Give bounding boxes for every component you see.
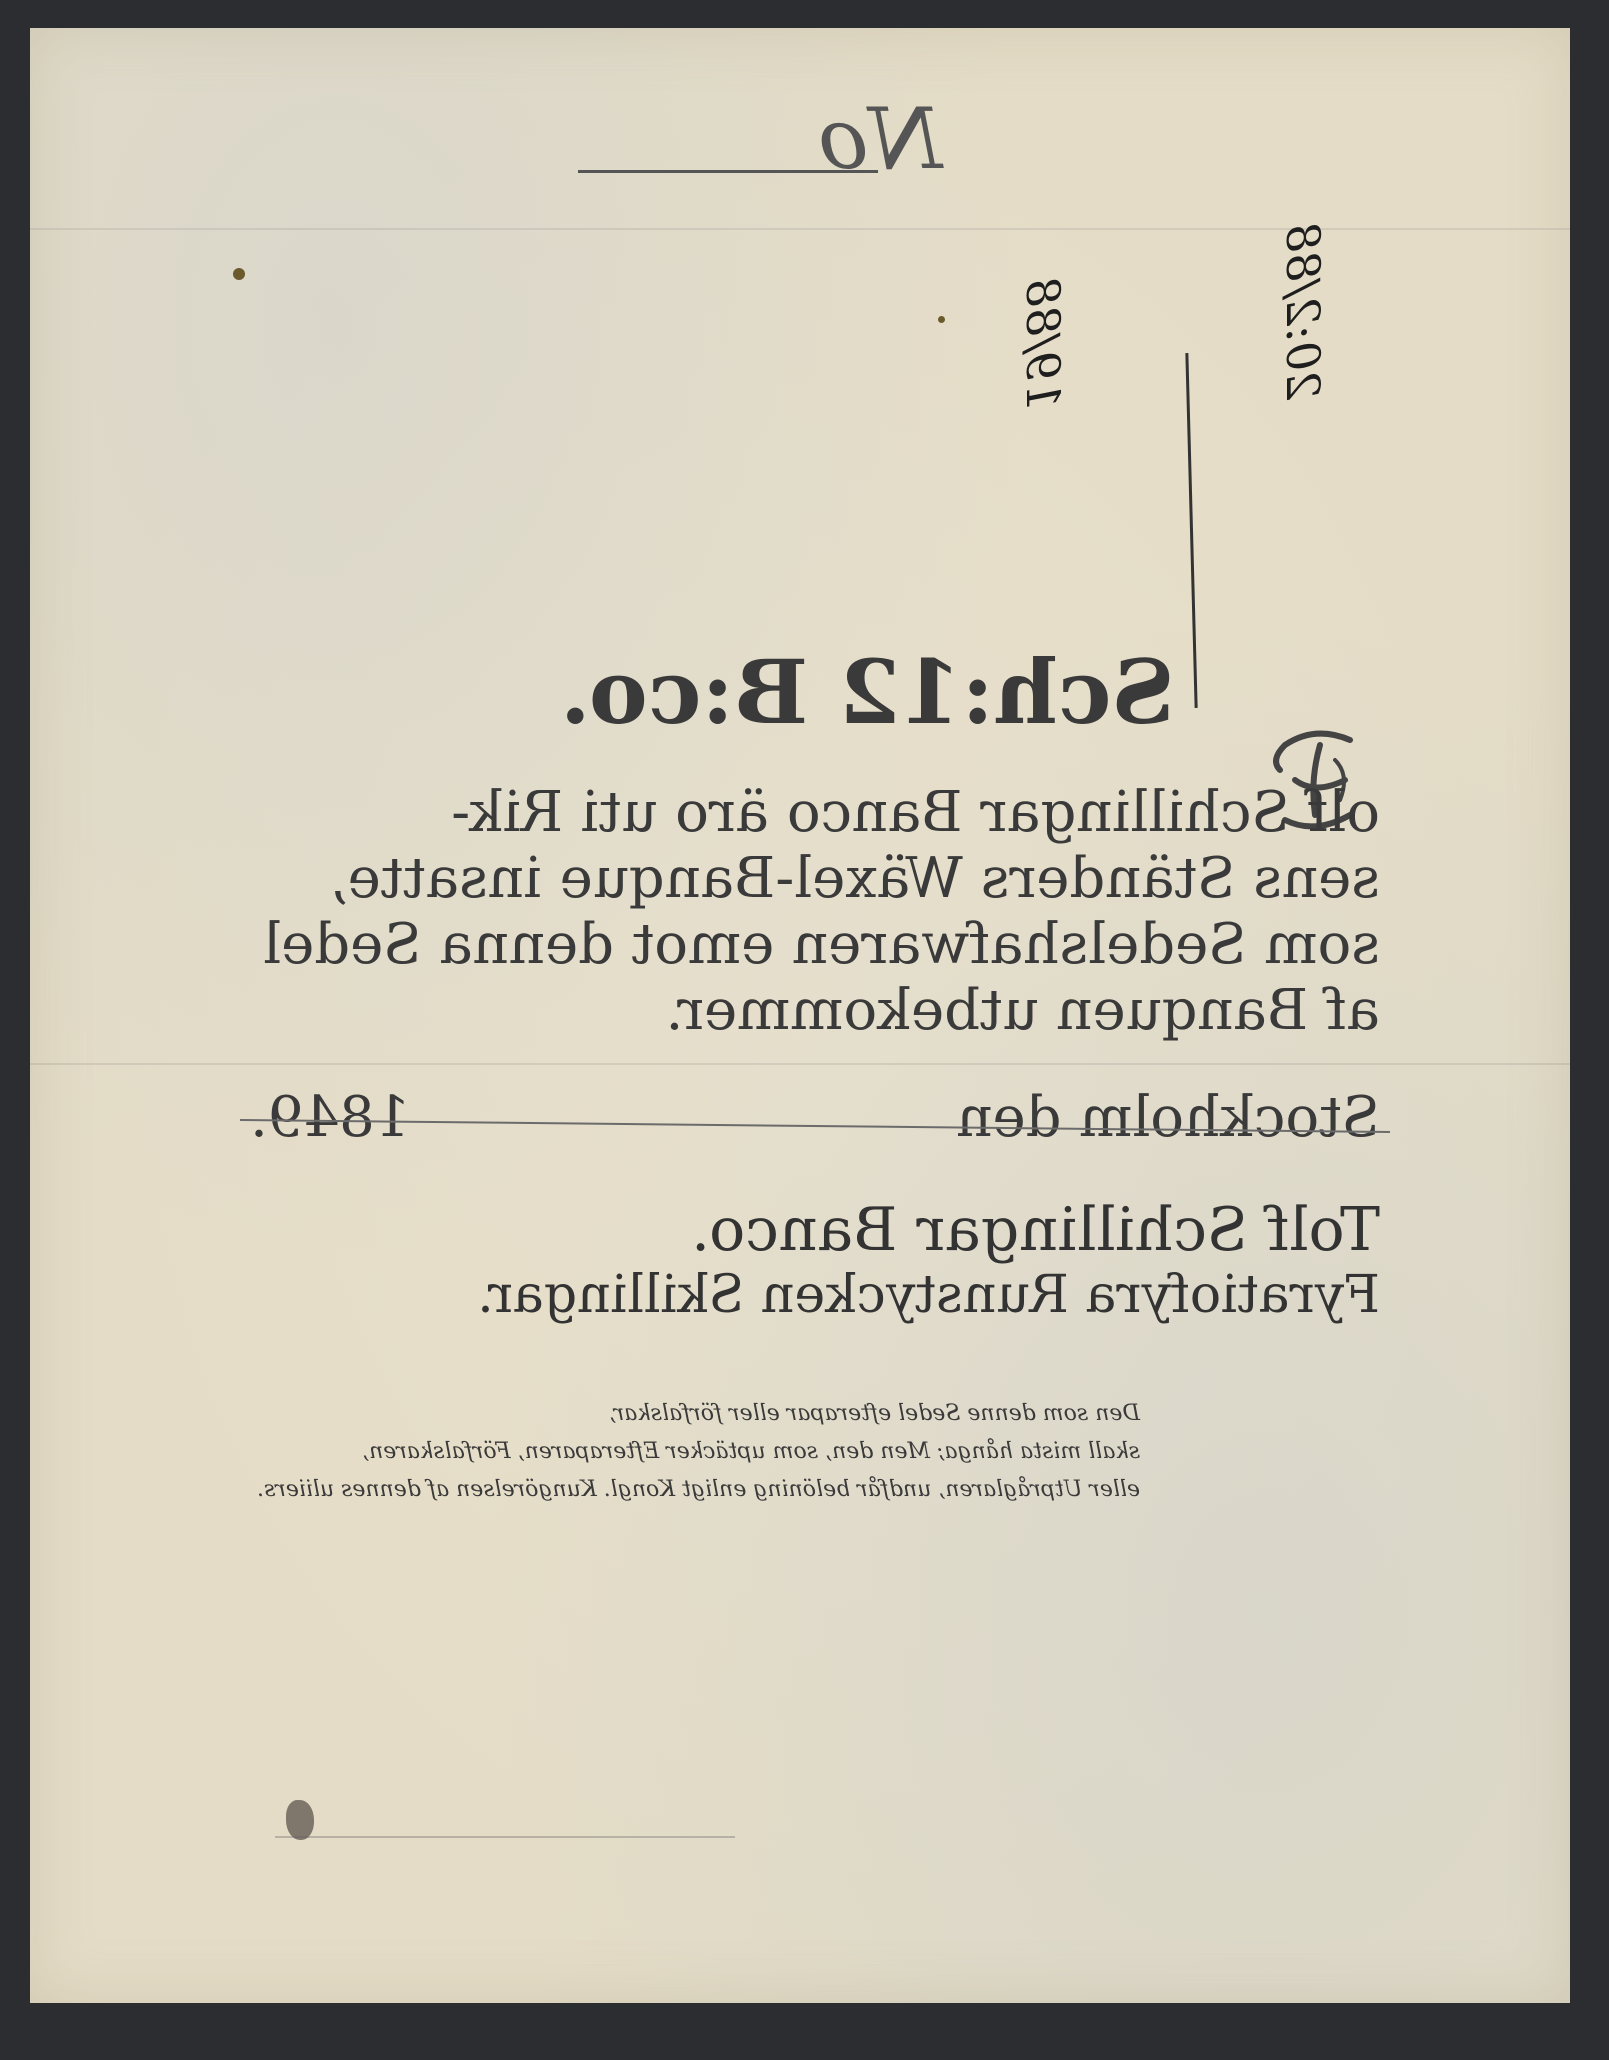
amount-in-words: Tolf Schillingar Banco. Fyratiofyra Runs… <box>410 1195 1380 1327</box>
body-line: sens Ständers Wäxel-Banque insatte, <box>250 846 1380 912</box>
body-text: olf Schillingar Banco äro uti Rik- sens … <box>250 780 1380 1044</box>
handwritten-right-text: 20:2/88 <box>1276 223 1330 400</box>
denomination: Sch:12 B:co. <box>560 640 1175 744</box>
number-underline <box>578 170 878 173</box>
fine-print-line: skall mista hånga; Men den, som uptäcker… <box>220 1433 1140 1471</box>
number-mark: No <box>818 90 942 188</box>
amount-line-1: Tolf Schillingar Banco. <box>410 1195 1380 1265</box>
paper-spot <box>233 268 245 280</box>
amount-line-2: Fyratiofyra Runstycken Skillingar. <box>410 1265 1380 1325</box>
year-text: 1849. <box>250 1085 410 1150</box>
faint-baseline <box>275 1836 735 1838</box>
number-mark-text: No <box>818 90 942 188</box>
denomination-text: Sch:12 B:co. <box>560 640 1175 744</box>
paper-spot <box>938 316 945 323</box>
handwritten-number-right: 20:2/88 <box>1276 223 1330 400</box>
place-text: Stockholm den <box>956 1085 1380 1150</box>
fold-line <box>30 228 1570 230</box>
handwritten-number-left: 19/88 <box>1016 277 1070 410</box>
body-line: af Banquen utbekommer. <box>250 978 1380 1044</box>
fold-line <box>30 1063 1570 1065</box>
body-line: som Sedelshafwaren emot denna Sedel <box>250 912 1380 978</box>
fine-print: Den som denne Sedel efterapar eller förf… <box>220 1395 1140 1509</box>
handwritten-left-text: 19/88 <box>1016 277 1070 410</box>
body-line: olf Schillingar Banco äro uti Rik- <box>250 780 1380 846</box>
fine-print-line: Den som denne Sedel efterapar eller förf… <box>220 1395 1140 1433</box>
ink-stain <box>286 1800 314 1840</box>
fine-print-line: eller Utpråglaren, undfår belöning enlig… <box>220 1471 1140 1509</box>
place-date: Stockholm den 1849. <box>250 1085 1380 1150</box>
